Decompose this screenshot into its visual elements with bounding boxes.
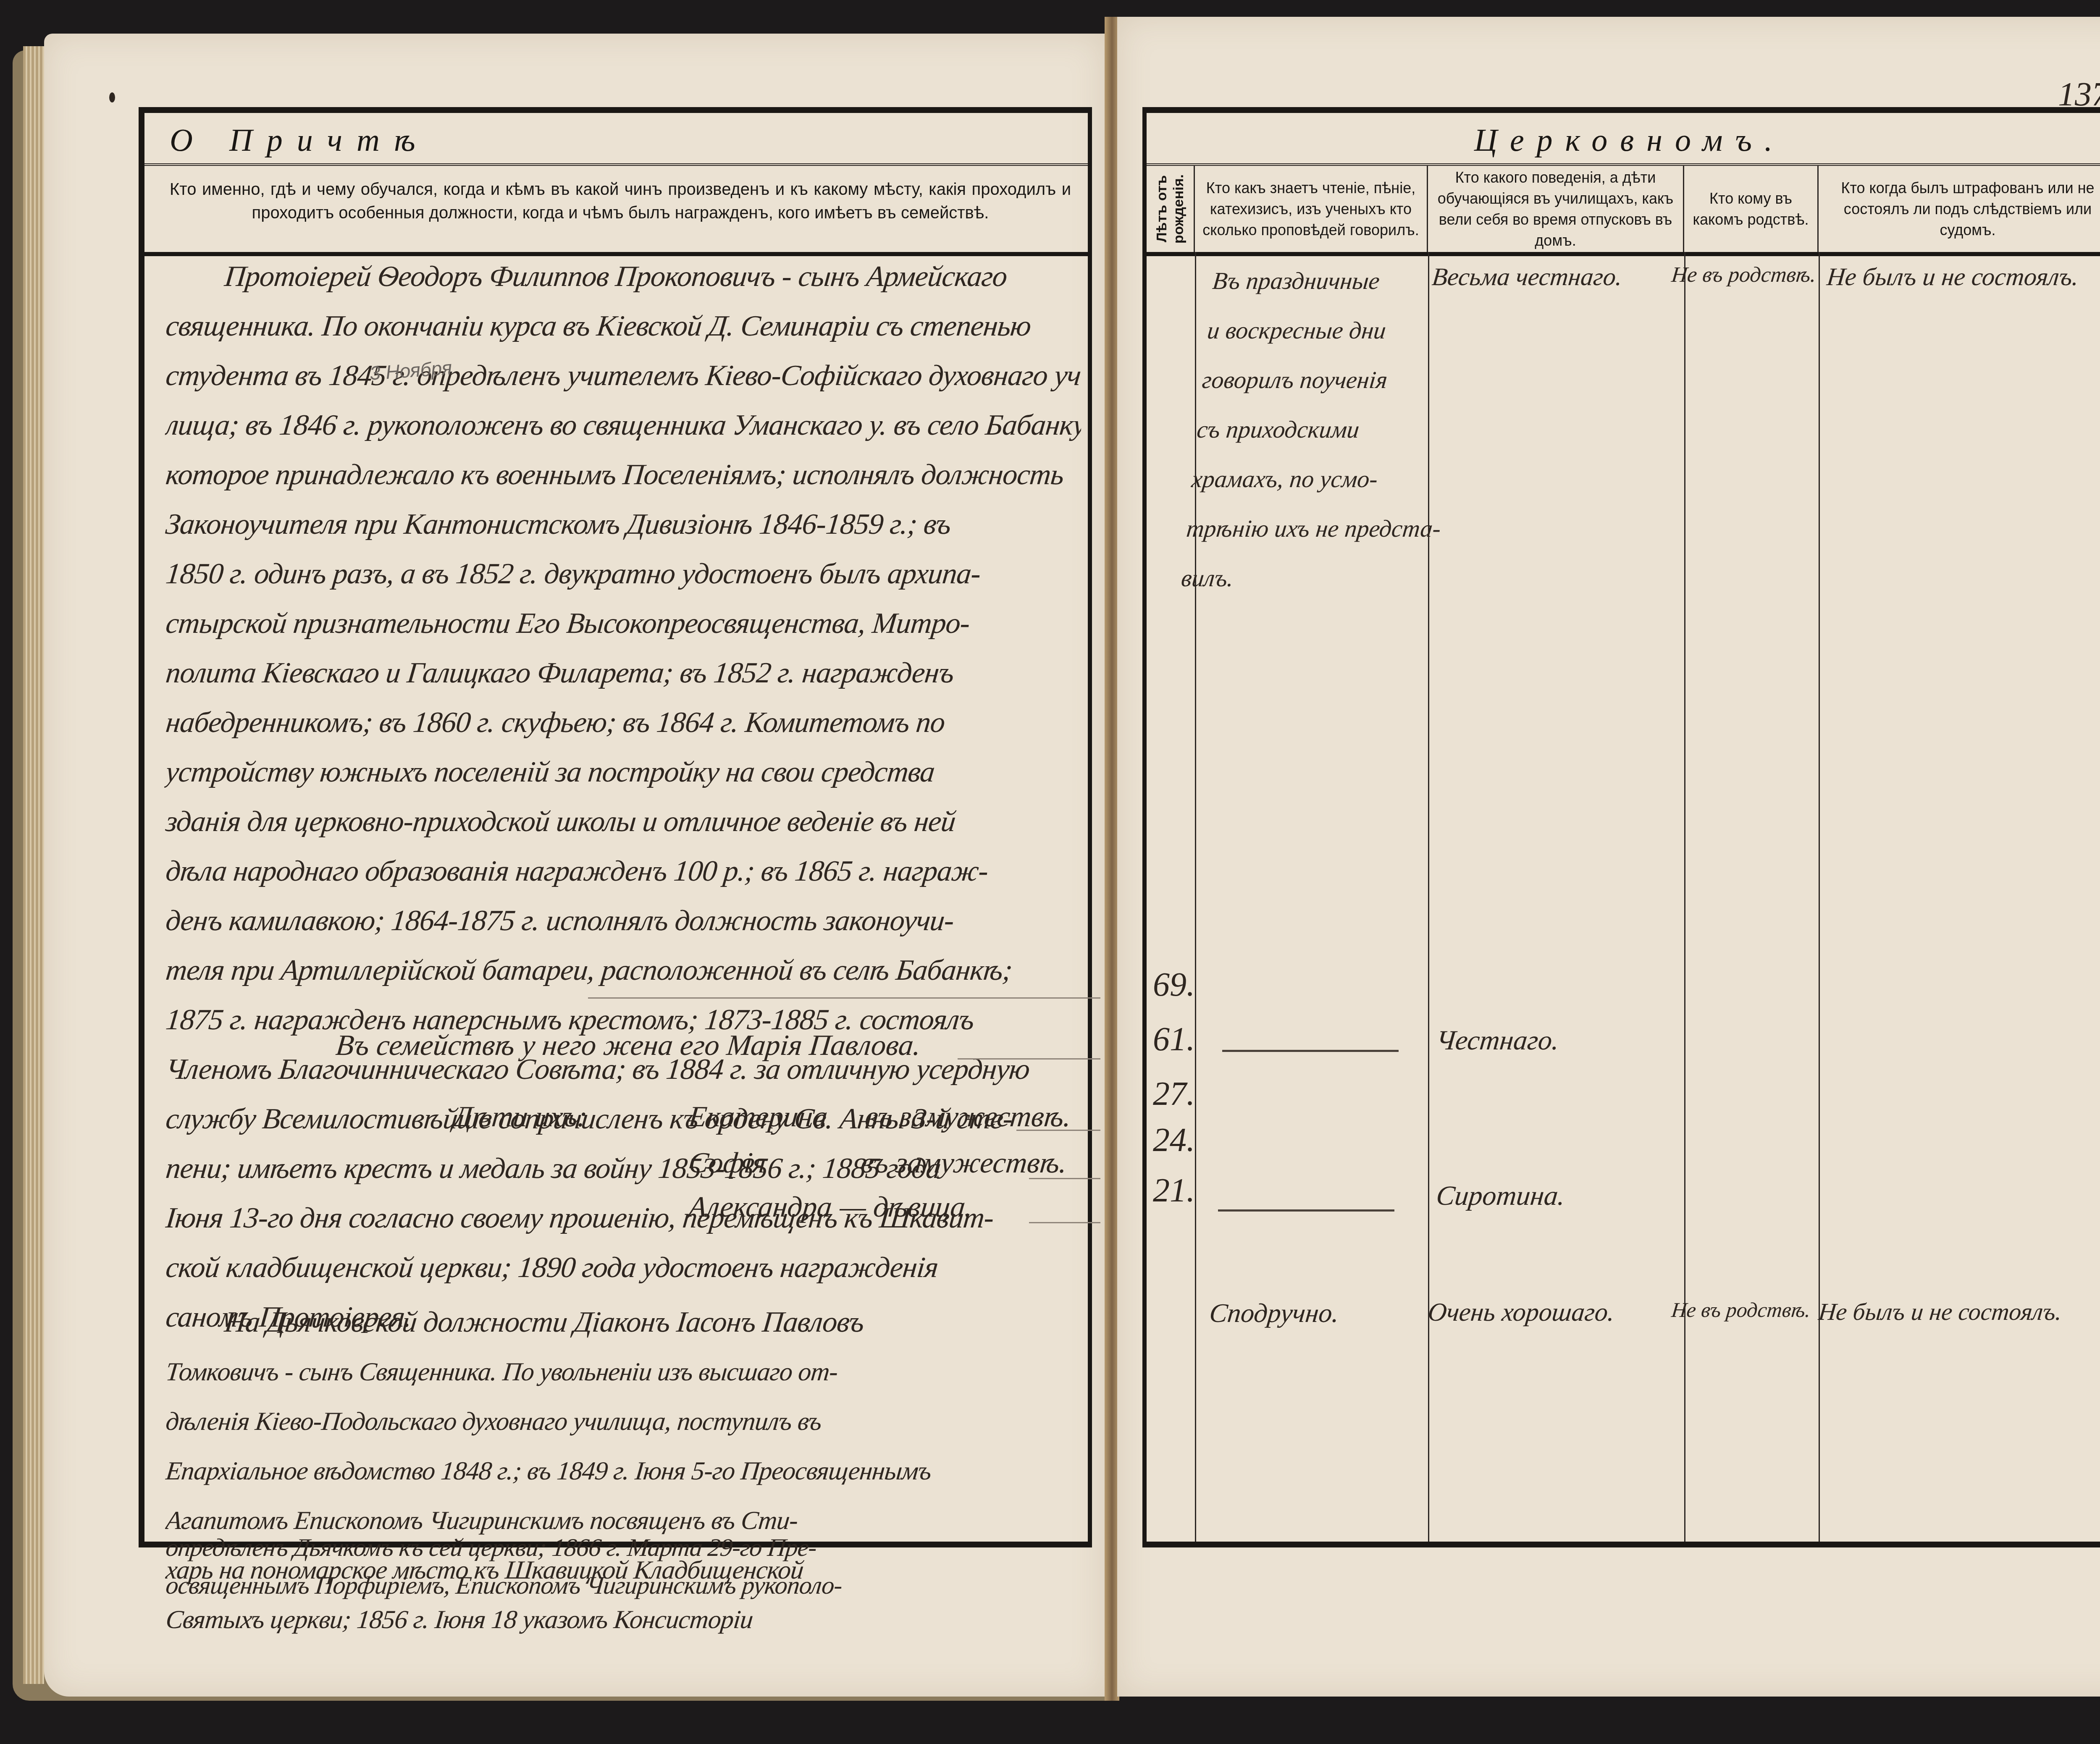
family-rule [1029,1178,1100,1179]
left-title-band: О Причтѣ [144,113,1088,166]
left-page-title: О Причтѣ [170,122,430,159]
row3-age: 27. [1153,1075,1195,1113]
row6-behavior: Очень хорошаго. [1426,1298,1616,1327]
entry-line: теля при Артиллерійской батареи, располо… [163,946,1084,995]
family-rule [1029,1222,1100,1223]
entry-line: священника. По окончаніи курса въ Кіевск… [163,302,1084,351]
child-status: въ замужествѣ. [864,1100,1073,1134]
row6-penalties: Не былъ и не состоялъ. [1817,1298,2063,1326]
entry-line: стырской признательности Его Высокопреос… [163,599,1084,648]
entry-line: студента въ 1845 г. опредѣленъ учителемъ… [163,351,1084,401]
page-edges-left [23,46,44,1684]
entry-line: Епархіальное вѣдомство 1848 г.; въ 1849 … [163,1446,1084,1496]
row1-penalties: Не былъ и не состоялъ. [1825,262,2080,291]
row6-knowledge: Сподручно. [1208,1298,1341,1329]
column-header-behavior: Кто какого поведенія, а дѣти обучающіяся… [1428,166,1684,252]
row1-behavior: Весьма честнаго. [1431,262,1624,291]
entry-line: 1850 г. одинъ разъ, а въ 1852 г. двукрат… [163,549,1084,599]
left-column-header-text: Кто именно, гдѣ и чему обучался, когда и… [144,166,1088,252]
child-status: въ замужествѣ. [859,1146,1069,1180]
row2-age: 61. [1153,1020,1195,1059]
family-rule [1016,1130,1100,1131]
entry-line: дѣленія Кіево-Подольскаго духовнаго учил… [163,1397,1084,1446]
entry-line: дѣла народнаго образованія награжденъ 10… [163,847,1084,896]
row1-knowledge: Въ праздничные и воскресные дни говорилъ… [1179,256,1470,603]
column-header-penalties: Кто когда былъ штрафованъ или не состоял… [1819,166,2100,252]
row2-behavior: Честнаго. [1435,1025,1561,1057]
column-header-knowledge: Кто какъ знаетъ чтеніе, пѣніе, катехизис… [1195,166,1428,252]
family-wife: Въ семействѣ у него жена его Марія Павло… [334,1029,922,1062]
entry-line: На Дьячковской должности Діаконъ Іасонъ … [163,1298,1084,1347]
children-label: Дѣти ихъ: [452,1100,589,1134]
row5-age: 21. [1153,1172,1195,1210]
entry-line: устройству южныхъ поселеній за постройку… [163,747,1084,797]
row1-age: 69. [1153,966,1195,1004]
entry-line: ской кладбищенской церкви; 1890 года удо… [163,1243,1084,1293]
entry-line: Законоучителя при Кантонистскомъ Дивизіо… [163,500,1084,549]
entry-deacon-cont: опредѣленъ Дьячкомъ къ сей церкви; 1866 … [166,1529,1081,1604]
entry-line: которое принадлежало къ военнымъ Поселен… [163,450,1084,500]
entry-line: полита Кіевскаго и Галицкаго Филарета; в… [163,648,1084,698]
child-name: Софія [687,1146,768,1180]
child-name: Екатерина [687,1100,829,1134]
entry-line: опредѣленъ Дьячкомъ къ сей церкви; 1866 … [164,1529,1083,1566]
column-header-age: Лѣтъ отъ рожденія. [1147,166,1195,252]
left-column-header: Кто именно, гдѣ и чему обучался, когда и… [144,166,1088,256]
ink-dot [109,92,115,102]
row6-relation: Не въ родствѣ. [1670,1298,1812,1322]
right-page-title: Церковномъ. [1474,122,1785,159]
entry-line: Протоіерей Ѳеодоръ Филиппов Прокоповичъ … [163,252,1084,302]
entry-line: денъ камилавкою; 1864-1875 г. исполнялъ … [163,896,1084,946]
column-divider [1684,252,1685,1542]
entry-line: Томковичъ - сынъ Священника. По увольнен… [163,1347,1084,1397]
family-rule [958,1058,1100,1060]
row4-age: 24. [1153,1121,1195,1159]
row2-knowledge-dash [1222,1050,1399,1052]
row1-relation: Не въ родствѣ. [1670,262,1817,287]
column-divider [1819,252,1820,1542]
child-name: Александра [687,1191,834,1224]
entry-end-rule [588,997,1100,999]
right-column-headers: Лѣтъ отъ рожденія. Кто какъ знаетъ чтені… [1147,166,2100,256]
column-header-relation: Кто кому въ какомъ родствѣ. [1684,166,1819,252]
right-title-band: Церковномъ. [1147,113,2100,166]
entry-line: освященнымъ Порфиріемъ, Епископомъ Чигир… [164,1566,1083,1604]
child-status: — дѣвица. [838,1191,974,1224]
entry-line: лища; въ 1846 г. рукоположенъ во священн… [163,401,1084,450]
row5-behavior: Сиротина. [1435,1180,1567,1212]
entry-line: зданія для церковно-приходской школы и о… [163,797,1084,847]
row5-knowledge-dash [1218,1209,1394,1212]
entry-line: набедренникомъ; въ 1860 г. скуфьею; въ 1… [163,698,1084,747]
